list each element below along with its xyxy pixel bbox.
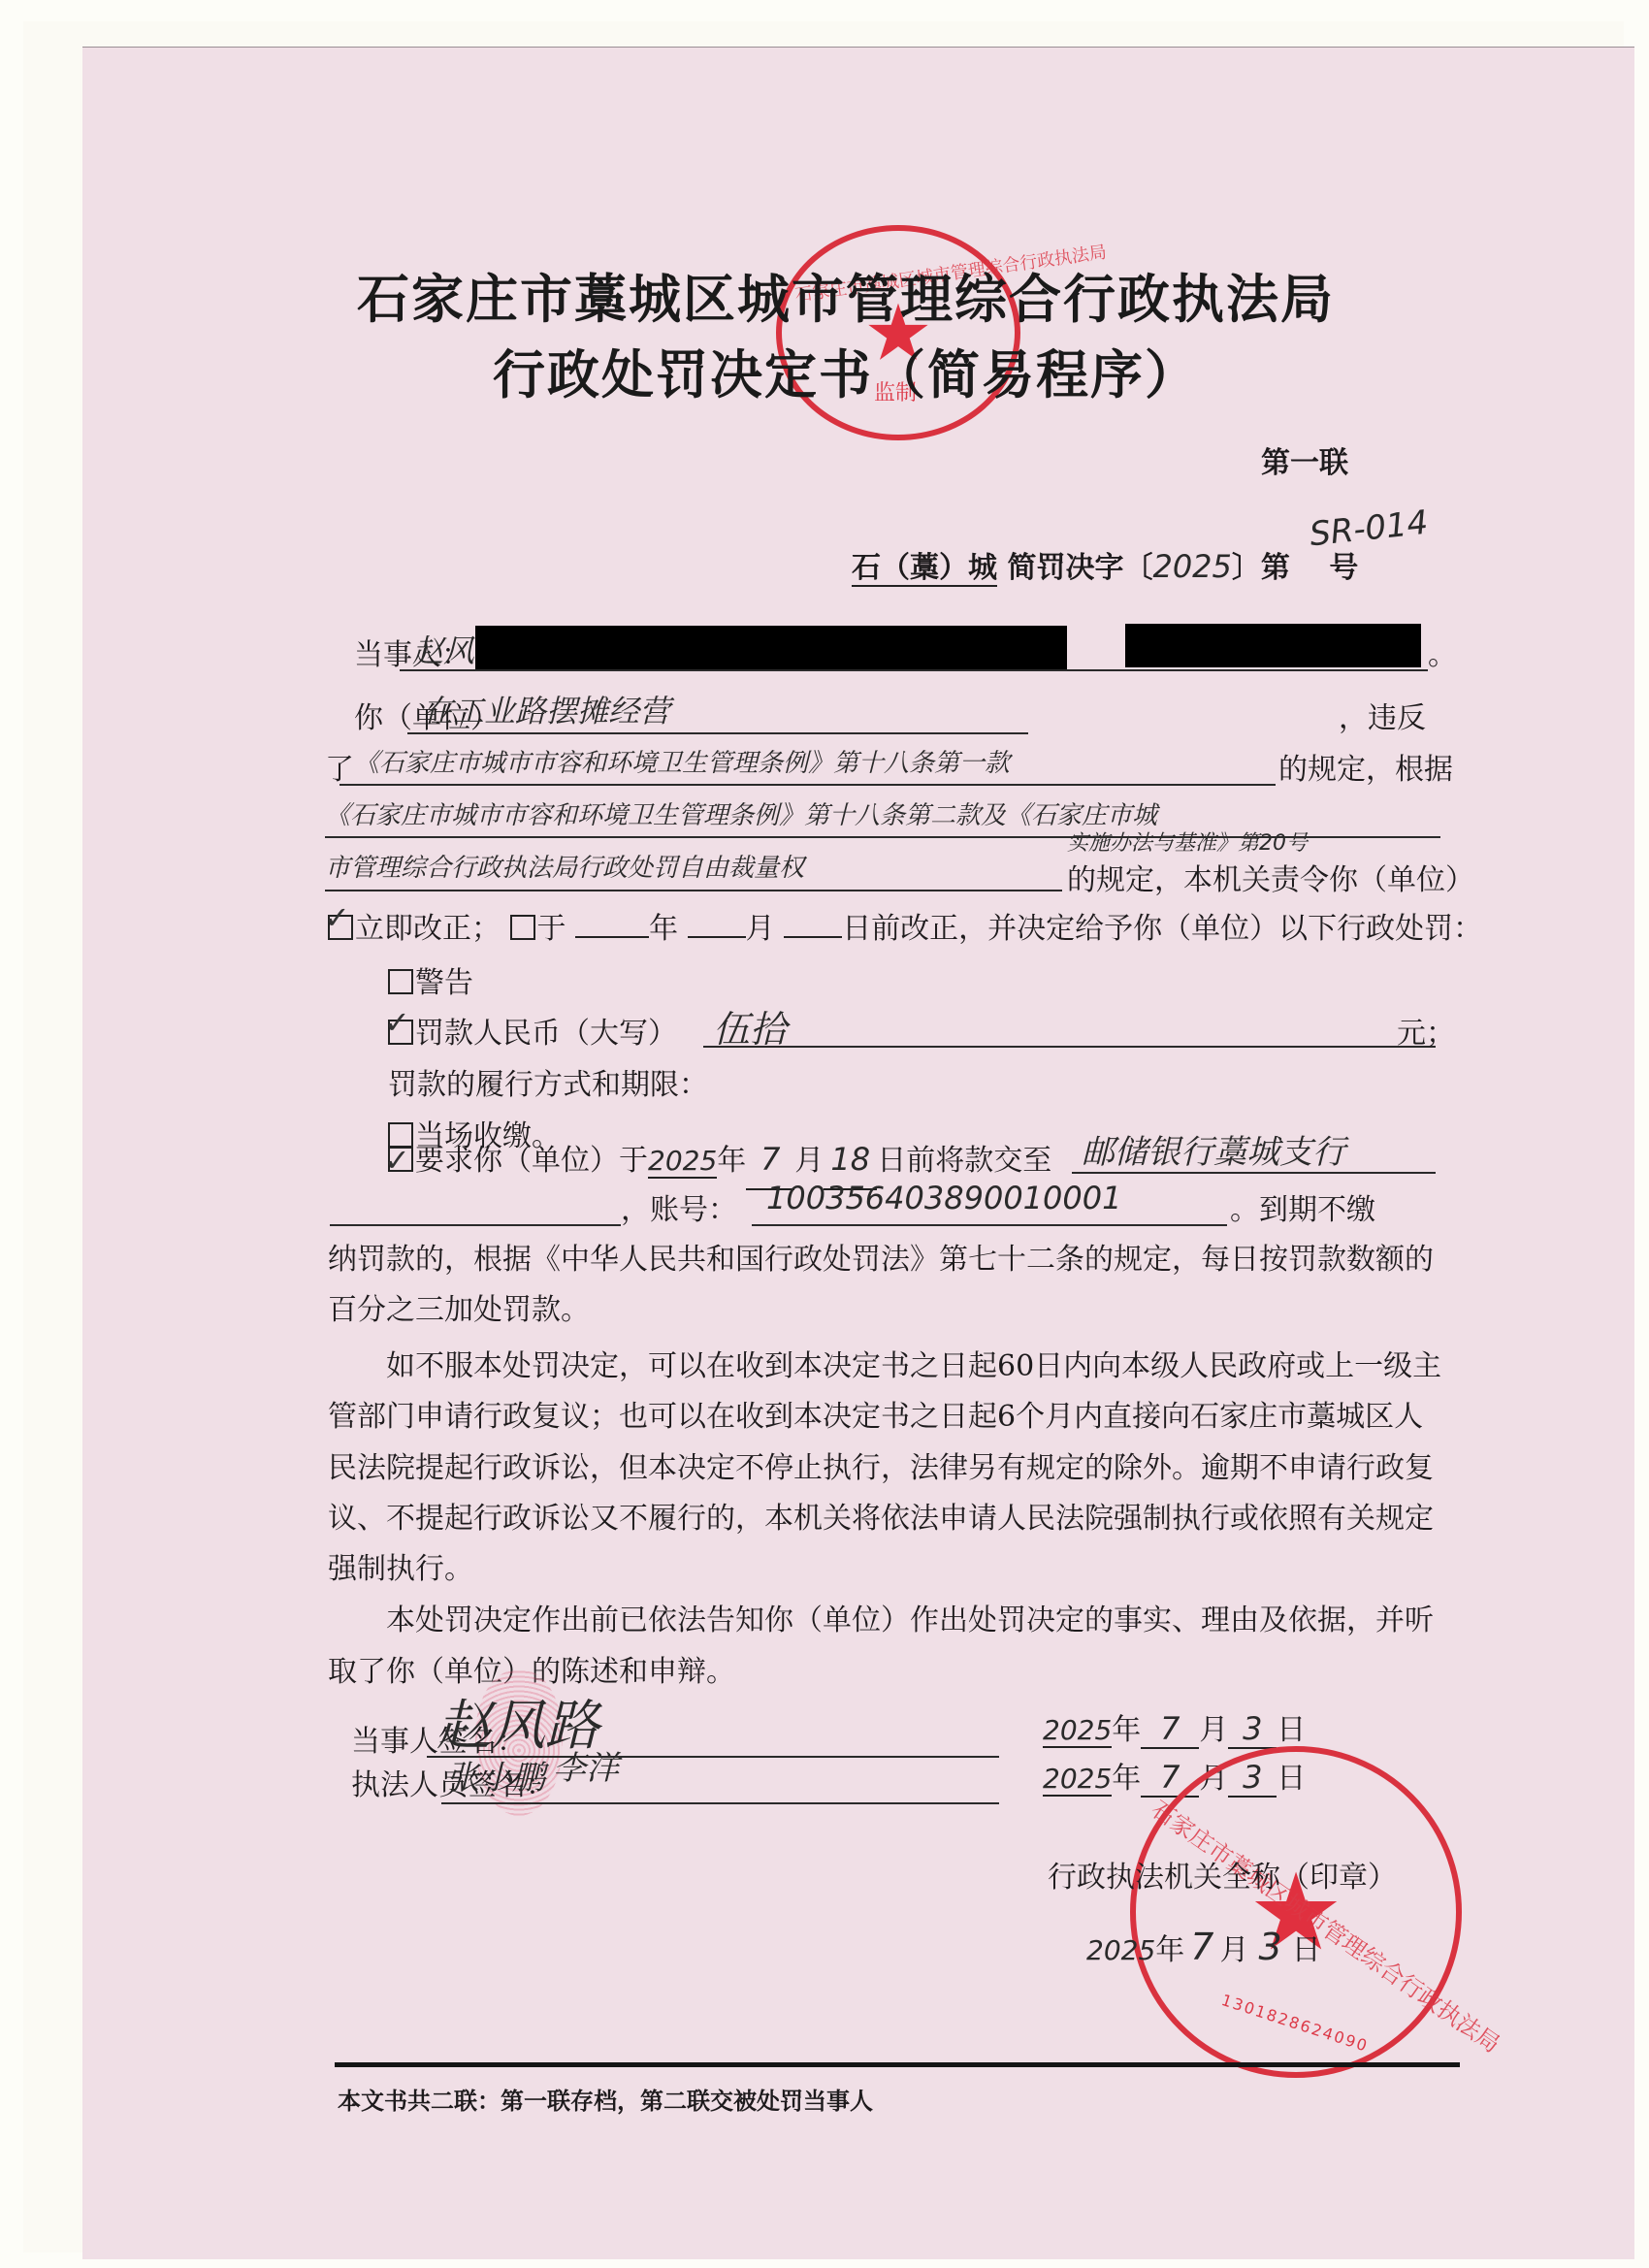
payment-year-label: 年 xyxy=(717,1144,746,1178)
officer-date-month: 7 xyxy=(1141,1759,1199,1798)
officer-date-day-label: 日 xyxy=(1277,1762,1306,1796)
party-date-day-label: 日 xyxy=(1277,1713,1306,1747)
doc-number-year: 2025 xyxy=(1152,548,1231,585)
doc-number-type: 简罚决字〔 xyxy=(1007,551,1152,585)
authority-date: 2025年7月3日 xyxy=(1086,1926,1321,1968)
correction-month-blank[interactable] xyxy=(688,936,746,938)
legal-basis-line2: 市管理综合行政执法局行政处罚自由裁量权 xyxy=(325,848,804,884)
correction-day-suffix: 日前改正，并决定给予你（单位）以下行政处罚： xyxy=(842,912,1482,946)
officer2-signature: 李洋 xyxy=(553,1741,619,1789)
notice-line1: 本处罚决定作出前已依法告知你（单位）作出处罚决定的事实、理由及依据，并听 xyxy=(386,1596,1434,1638)
party-date-month-label: 月 xyxy=(1199,1713,1228,1747)
appeal-line4: 议、不提起行政诉讼又不履行的，本机关将依法申请人民法院强制执行或依照有关规定 xyxy=(328,1494,1434,1537)
overdue-line2: 百分之三加处罚款。 xyxy=(328,1285,590,1328)
authority-label: 行政执法机关全称（印章） xyxy=(1048,1853,1397,1895)
overdue-start: 。到期不缴 xyxy=(1230,1185,1375,1228)
legal-basis-line2-extra: 实施办法与基准》第20号 xyxy=(1067,826,1308,857)
appeal-line2: 管部门申请行政复议；也可以在收到本决定书之日起6个月内直接向石家庄市藁城区人 xyxy=(328,1392,1423,1435)
legal-basis-line2-underline xyxy=(325,890,1062,891)
party-date-year-label: 年 xyxy=(1112,1713,1141,1747)
document-number: 石（藁）城 简罚决字〔2025〕第 号 xyxy=(852,543,1358,586)
officer1-signature: 张小鹏 xyxy=(446,1751,545,1798)
document-title-line2: 行政处罚决定书（简易程序） xyxy=(493,334,1199,408)
bank-name: 邮储银行藁城支行 xyxy=(1082,1125,1345,1173)
document-title-line1: 石家庄市藁城区城市管理综合行政执法局 xyxy=(357,258,1335,333)
immediate-correction-checkbox[interactable] xyxy=(328,915,353,940)
account-underline xyxy=(752,1224,1227,1226)
correction-year-label: 年 xyxy=(649,912,678,946)
correction-day-blank[interactable] xyxy=(784,936,842,938)
party-underline xyxy=(400,669,1428,671)
appeal-line5: 强制执行。 xyxy=(328,1544,473,1587)
payment-day-label: 日前将款交至 xyxy=(877,1144,1051,1178)
authority-date-day-label: 日 xyxy=(1292,1933,1321,1967)
fine-amount-underline xyxy=(703,1046,1436,1048)
violation-prefix-le: 了 xyxy=(325,745,354,788)
party-date-month: 7 xyxy=(1141,1710,1199,1749)
authority-date-year-label: 年 xyxy=(1155,1933,1184,1967)
doc-number-close: 〕第 xyxy=(1232,551,1290,585)
overdue-line1: 纳罚款的，根据《中华人民共和国行政处罚法》第七十二条的规定，每日按罚款数额的 xyxy=(328,1235,1434,1278)
officer-date-year-label: 年 xyxy=(1112,1762,1141,1796)
fine-unit: 元； xyxy=(1397,1009,1455,1052)
footer-note: 本文书共二联：第一联存档，第二联交被处罚当事人 xyxy=(338,2082,873,2116)
warning-label: 警告 xyxy=(415,966,473,1000)
violation-fact: 在工业路摆摊经营 xyxy=(422,687,670,731)
dated-correction-checkbox[interactable] xyxy=(510,915,535,940)
account-number: 100356403890010001 xyxy=(766,1180,1121,1216)
violated-rule-suffix: 的规定，根据 xyxy=(1278,745,1453,788)
appeal-line1: 如不服本处罚决定，可以在收到本决定书之日起60日内向本级人民政府或上一级主 xyxy=(386,1342,1441,1384)
redacted-field-1 xyxy=(475,626,1067,669)
violated-rule: 《石家庄市城市市容和环境卫生管理条例》第十八条第一款 xyxy=(354,743,1010,779)
account-label: ，账号： xyxy=(621,1185,737,1228)
doc-number-suffix: 号 xyxy=(1329,551,1358,585)
fine-checkbox[interactable] xyxy=(388,1020,413,1045)
redacted-field-2 xyxy=(1125,624,1421,667)
immediate-correction-label: 立即改正； xyxy=(355,912,501,946)
authority-date-year: 2025 xyxy=(1086,1934,1155,1966)
copy-label: 第一联 xyxy=(1261,438,1348,481)
legal-basis-line1: 《石家庄市城市市容和环境卫生管理条例》第十八条第二款及《石家庄市城 xyxy=(325,795,1157,831)
authority-date-month: 7 xyxy=(1190,1926,1213,1968)
violation-suffix: ，违反 xyxy=(1339,694,1426,736)
violated-rule-underline xyxy=(339,784,1276,786)
officer-date-month-label: 月 xyxy=(1199,1762,1228,1796)
doc-number-prefix: 石（藁）城 xyxy=(852,551,997,587)
officer-date-year: 2025 xyxy=(1043,1763,1112,1797)
footer-rule xyxy=(335,2062,1460,2067)
fine-option: 罚款人民币（大写） xyxy=(388,1009,677,1052)
party-end-mark: 。 xyxy=(1428,631,1457,673)
party-date-year: 2025 xyxy=(1043,1714,1112,1748)
legal-basis-suffix: 的规定，本机关责令你（单位） xyxy=(1067,856,1474,898)
authority-date-day: 3 xyxy=(1258,1926,1281,1968)
bank-payment-prefix: 要求你（单位）于 xyxy=(415,1144,648,1178)
officer-signature-date: 2025年7月3日 xyxy=(1043,1754,1306,1798)
payment-month-label: 月 xyxy=(794,1144,824,1178)
warning-option: 警告 xyxy=(388,958,473,1001)
bank-name-underline xyxy=(1072,1172,1436,1174)
correction-line: 立即改正； 于 年 月 日前改正，并决定给予你（单位）以下行政处罚： xyxy=(328,904,1482,947)
payment-year: 2025 xyxy=(648,1145,717,1179)
appeal-line3: 民法院提起行政诉讼，但本决定不停止执行，法律另有规定的除外。逾期不申请行政复 xyxy=(328,1443,1434,1486)
bank-name-continuation-underline xyxy=(330,1224,621,1226)
party-signature-date: 2025年7月3日 xyxy=(1043,1705,1306,1749)
officer-date-day: 3 xyxy=(1228,1759,1277,1798)
authority-date-month-label: 月 xyxy=(1219,1933,1248,1967)
dated-correction-prefix: 于 xyxy=(537,912,566,946)
fine-amount: 伍拾 xyxy=(713,999,787,1053)
fine-label: 罚款人民币（大写） xyxy=(415,1017,677,1051)
violation-fact-underline xyxy=(407,732,1028,734)
bank-payment-checkbox[interactable] xyxy=(388,1147,413,1172)
party-date-day: 3 xyxy=(1228,1710,1277,1749)
officer2-signature-underline xyxy=(529,1802,999,1804)
correction-month-label: 月 xyxy=(746,912,775,946)
payment-heading: 罚款的履行方式和期限： xyxy=(388,1060,708,1103)
warning-checkbox[interactable] xyxy=(388,969,413,994)
correction-year-blank[interactable] xyxy=(575,936,649,938)
